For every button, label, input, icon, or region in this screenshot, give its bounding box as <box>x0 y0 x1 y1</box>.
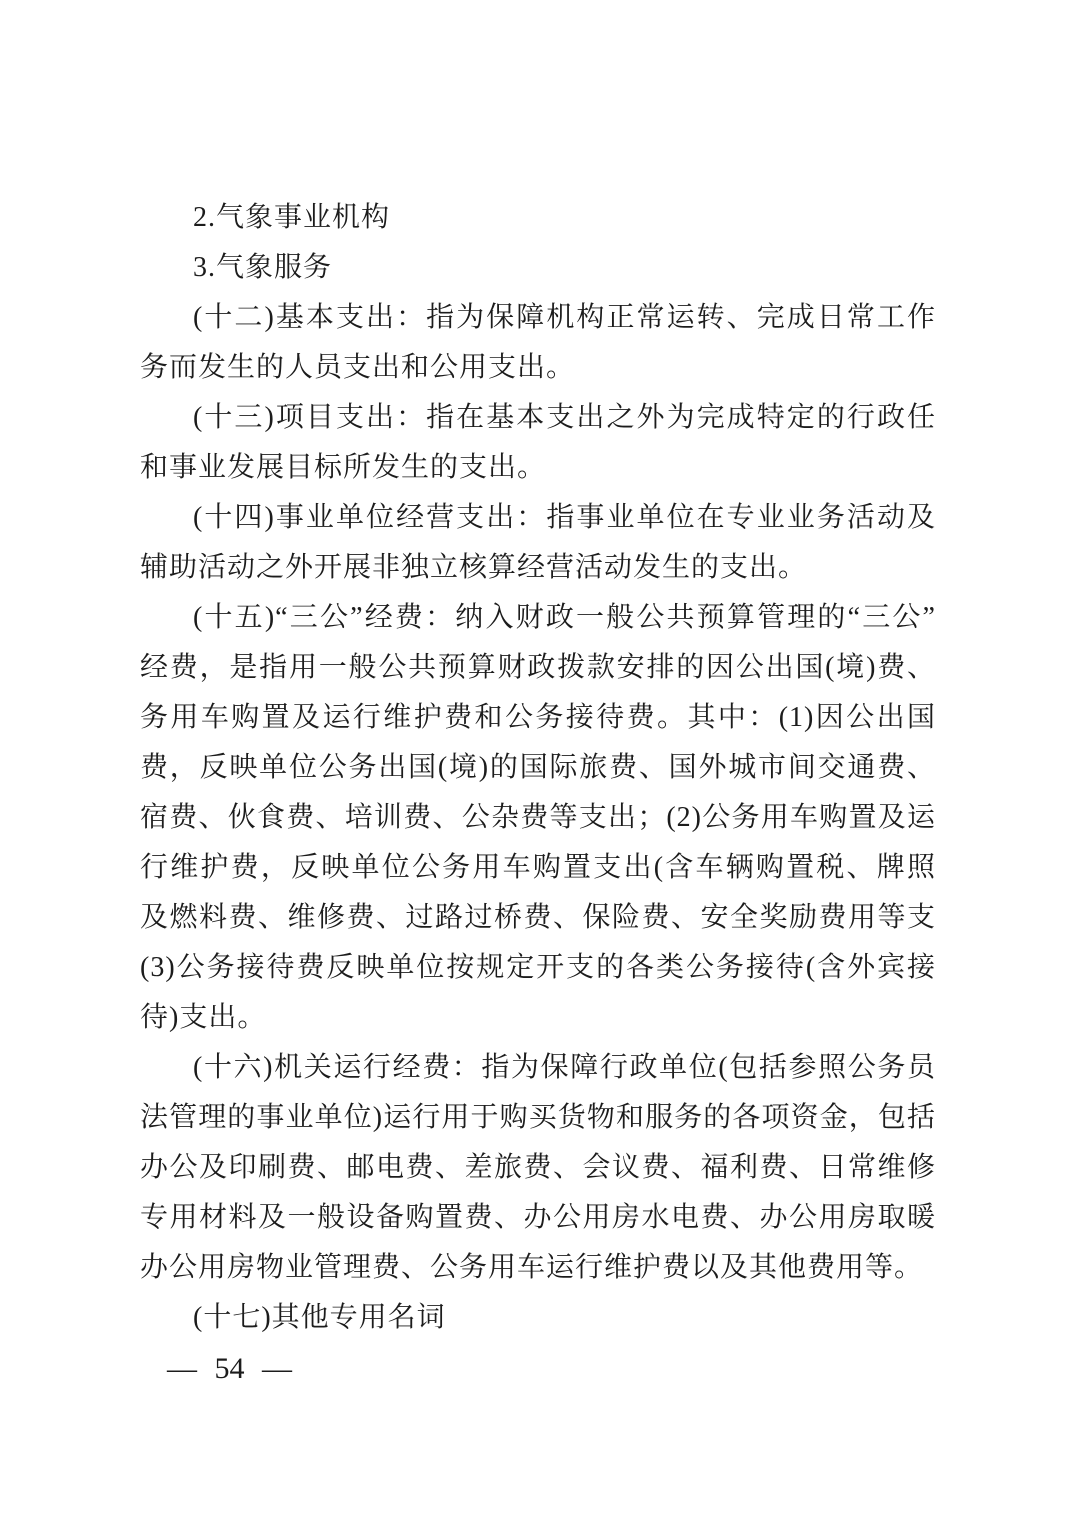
text-line-term-15-start: (十五)“三公”经费：纳入财政一般公共预算管理的“三公” <box>140 593 936 643</box>
document-body: 2.气象事业机构 3.气象服务 (十二)基本支出：指为保障机构正常运转、完成日常… <box>140 193 936 1343</box>
text-line-term-16-end: 办公用房物业管理费、公务用车运行维护费以及其他费用等。 <box>140 1243 936 1293</box>
text-line-term-12-start: (十二)基本支出：指为保障机构正常运转、完成日常工作任 <box>140 293 936 343</box>
page-number: — 54 — <box>167 1348 292 1390</box>
text-line-term-14-start: (十四)事业单位经营支出：指事业单位在专业业务活动及其 <box>140 493 936 543</box>
text-line-term-15-cont-3: 费，反映单位公务出国(境)的国际旅费、国外城市间交通费、住 <box>140 743 936 793</box>
text-line-term-12-end: 务而发生的人员支出和公用支出。 <box>140 343 936 393</box>
text-line-term-17: (十七)其他专用名词 <box>140 1293 936 1343</box>
text-line-term-15-cont-6: 及燃料费、维修费、过路过桥费、保险费、安全奖励费用等支出； <box>140 893 936 943</box>
document-page: 2.气象事业机构 3.气象服务 (十二)基本支出：指为保障机构正常运转、完成日常… <box>0 0 1074 1520</box>
text-line-term-16-cont-3: 专用材料及一般设备购置费、办公用房水电费、办公用房取暖费、 <box>140 1193 936 1243</box>
text-line-list-item-3: 3.气象服务 <box>140 243 936 293</box>
text-line-term-16-cont-1: 法管理的事业单位)运行用于购买货物和服务的各项资金，包括 <box>140 1093 936 1143</box>
text-line-term-15-cont-7: (3)公务接待费反映单位按规定开支的各类公务接待(含外宾接 <box>140 943 936 993</box>
text-line-term-15-cont-1: 经费，是指用一般公共预算财政拨款安排的因公出国(境)费、公 <box>140 643 936 693</box>
text-line-term-13-start: (十三)项目支出：指在基本支出之外为完成特定的行政任务 <box>140 393 936 443</box>
text-line-term-13-end: 和事业发展目标所发生的支出。 <box>140 443 936 493</box>
text-line-term-16-start: (十六)机关运行经费：指为保障行政单位(包括参照公务员 <box>140 1043 936 1093</box>
text-line-term-15-end: 待)支出。 <box>140 993 936 1043</box>
text-line-term-15-cont-5: 行维护费，反映单位公务用车购置支出(含车辆购置税、牌照费) <box>140 843 936 893</box>
text-line-term-14-end: 辅助活动之外开展非独立核算经营活动发生的支出。 <box>140 543 936 593</box>
text-line-term-15-cont-4: 宿费、伙食费、培训费、公杂费等支出；(2)公务用车购置及运 <box>140 793 936 843</box>
text-line-term-16-cont-2: 办公及印刷费、邮电费、差旅费、会议费、福利费、日常维修费、 <box>140 1143 936 1193</box>
text-line-list-item-2: 2.气象事业机构 <box>140 193 936 243</box>
text-line-term-15-cont-2: 务用车购置及运行维护费和公务接待费。其中：(1)因公出国(境) <box>140 693 936 743</box>
